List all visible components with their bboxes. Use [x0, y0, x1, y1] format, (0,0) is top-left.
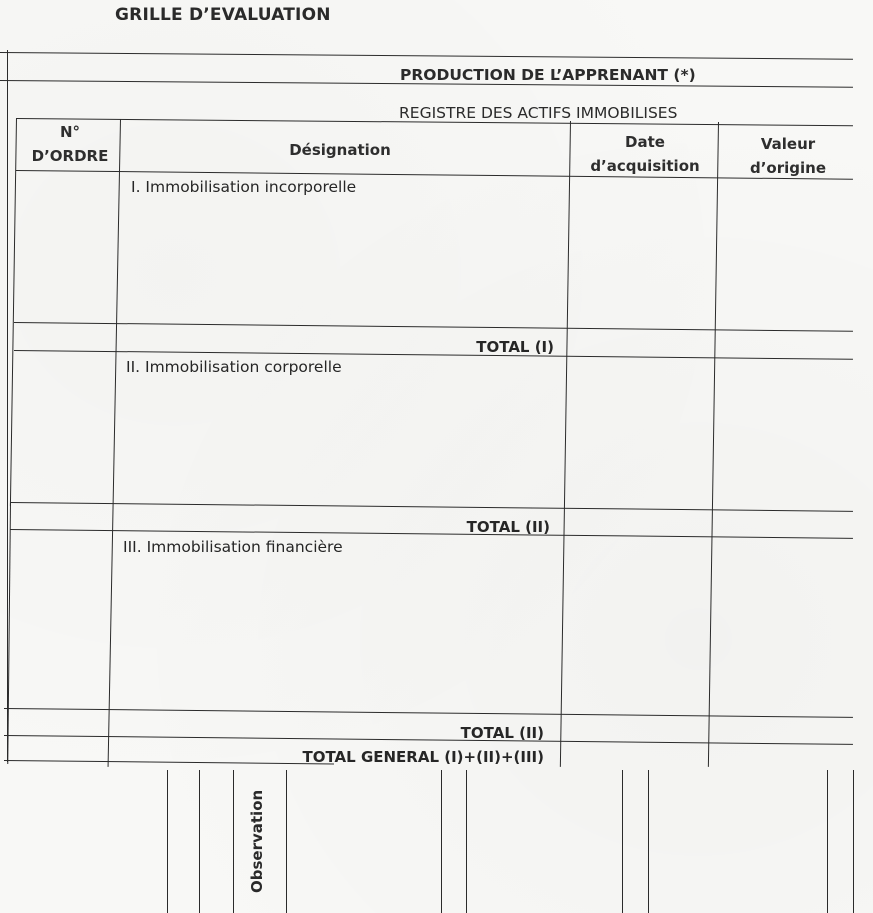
section-3-numero-cell[interactable]	[8, 533, 108, 707]
lower-grid-line-2	[199, 770, 200, 913]
header-valeur: Valeur d’origine	[720, 132, 856, 180]
lower-grid-line-6	[466, 770, 467, 913]
banner-production-apprenant: PRODUCTION DE L’APPRENANT (*)	[400, 66, 696, 84]
section-3-valeur-cell[interactable]	[712, 537, 853, 712]
lower-grid-line-7	[622, 770, 623, 913]
lower-grid-line-3	[233, 770, 234, 913]
lower-grid-line-9	[827, 770, 828, 913]
section-1-designation-cell[interactable]	[122, 200, 568, 320]
header-numero: N° D’ORDRE	[30, 120, 110, 168]
total-2-date-cell[interactable]	[566, 507, 710, 531]
total-3-date-cell[interactable]	[560, 713, 700, 737]
lower-grid-line-5	[441, 770, 442, 913]
section-2-numero-cell[interactable]	[14, 354, 114, 500]
lower-grid-line-10	[853, 770, 854, 913]
observation-label: Observation	[248, 790, 266, 893]
lower-grid-line-8	[648, 770, 649, 913]
observation-field[interactable]	[288, 772, 440, 913]
section-1-heading: I. Immobilisation incorporelle	[131, 178, 356, 196]
section-3-date-cell[interactable]	[564, 536, 706, 711]
section-1-numero-cell[interactable]	[18, 172, 118, 320]
total-3-label: TOTAL (II)	[290, 724, 544, 742]
total-1-valeur-cell[interactable]	[720, 327, 853, 351]
lower-grid-line-1	[167, 770, 168, 913]
header-date-line1: Date	[572, 130, 718, 154]
total-2-label: TOTAL (II)	[296, 518, 550, 536]
grand-total-label: TOTAL GENERAL (I)+(II)+(III)	[200, 748, 544, 766]
grand-total-valeur-cell[interactable]	[706, 741, 853, 765]
header-numero-line2: D’ORDRE	[30, 144, 110, 168]
section-2-heading: II. Immobilisation corporelle	[126, 358, 342, 376]
section-2-designation-cell[interactable]	[118, 382, 564, 500]
scanned-page: GRILLE D’EVALUATION PRODUCTION DE L’APPR…	[0, 0, 873, 913]
section-2-valeur-cell[interactable]	[716, 357, 853, 505]
section-1-date-cell[interactable]	[572, 174, 716, 322]
total-1-date-cell[interactable]	[572, 326, 716, 350]
total-1-label: TOTAL (I)	[300, 338, 554, 356]
header-numero-line1: N°	[30, 120, 110, 144]
section-3-designation-cell[interactable]	[112, 562, 560, 707]
header-date: Date d’acquisition	[572, 130, 718, 178]
lower-grid-line-4	[286, 770, 287, 913]
total-3-valeur-cell[interactable]	[708, 714, 853, 738]
header-valeur-line1: Valeur	[720, 132, 856, 156]
total-2-valeur-cell[interactable]	[714, 508, 853, 532]
register-subtitle: REGISTRE DES ACTIFS IMMOBILISES	[399, 104, 677, 122]
frame-top-line	[0, 52, 853, 60]
section-3-heading: III. Immobilisation financière	[123, 538, 343, 556]
page-title: GRILLE D’EVALUATION	[115, 5, 331, 25]
grand-total-date-cell[interactable]	[558, 740, 698, 764]
section-1-valeur-cell[interactable]	[720, 175, 853, 323]
section-2-date-cell[interactable]	[568, 356, 712, 504]
header-designation: Désignation	[240, 138, 440, 162]
